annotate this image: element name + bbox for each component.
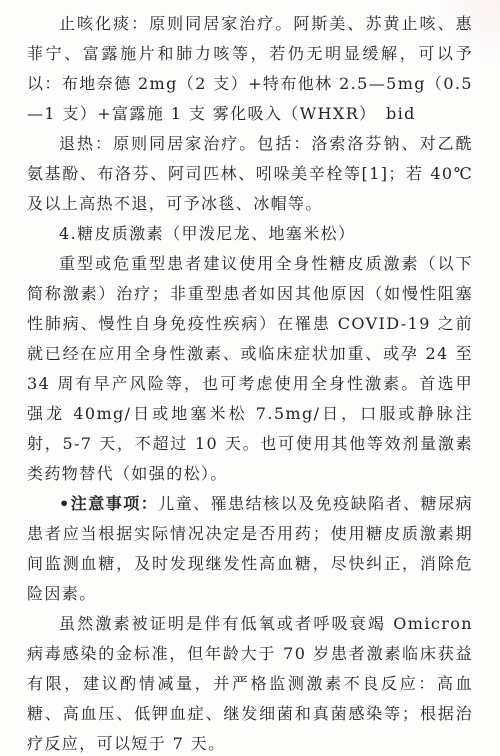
paragraph-glucocorticoid-indications: 重型或危重型患者建议使用全身性糖皮质激素（以下简称激素）治疗；非重型患者如因其他…	[27, 249, 473, 489]
paragraph-precautions: •注意事项：儿童、罹患结核以及免疫缺陷者、糖尿病患者应当根据实际情况决定是否用药…	[27, 489, 473, 609]
document-page: 止咳化痰：原则同居家治疗。阿斯美、苏黄止咳、惠菲宁、富露施片和肺力咳等，若仍无明…	[0, 0, 500, 756]
paragraph-cough-treatment: 止咳化痰：原则同居家治疗。阿斯美、苏黄止咳、惠菲宁、富露施片和肺力咳等，若仍无明…	[27, 9, 473, 129]
paragraph-omicron-steroid-evidence: 虽然激素被证明是伴有低氧或者呼吸衰竭 Omicron 病毒感染的金标准，但年龄大…	[27, 609, 473, 756]
section-heading-glucocorticoids: 4.糖皮质激素（甲泼尼龙、地塞米松）	[27, 219, 473, 249]
precautions-label: •注意事项：	[59, 494, 158, 513]
paragraph-fever-treatment: 退热：原则同居家治疗。包括：洛索洛芬钠、对乙酰氨基酚、布洛芬、阿司匹林、吲哚美辛…	[27, 129, 473, 219]
